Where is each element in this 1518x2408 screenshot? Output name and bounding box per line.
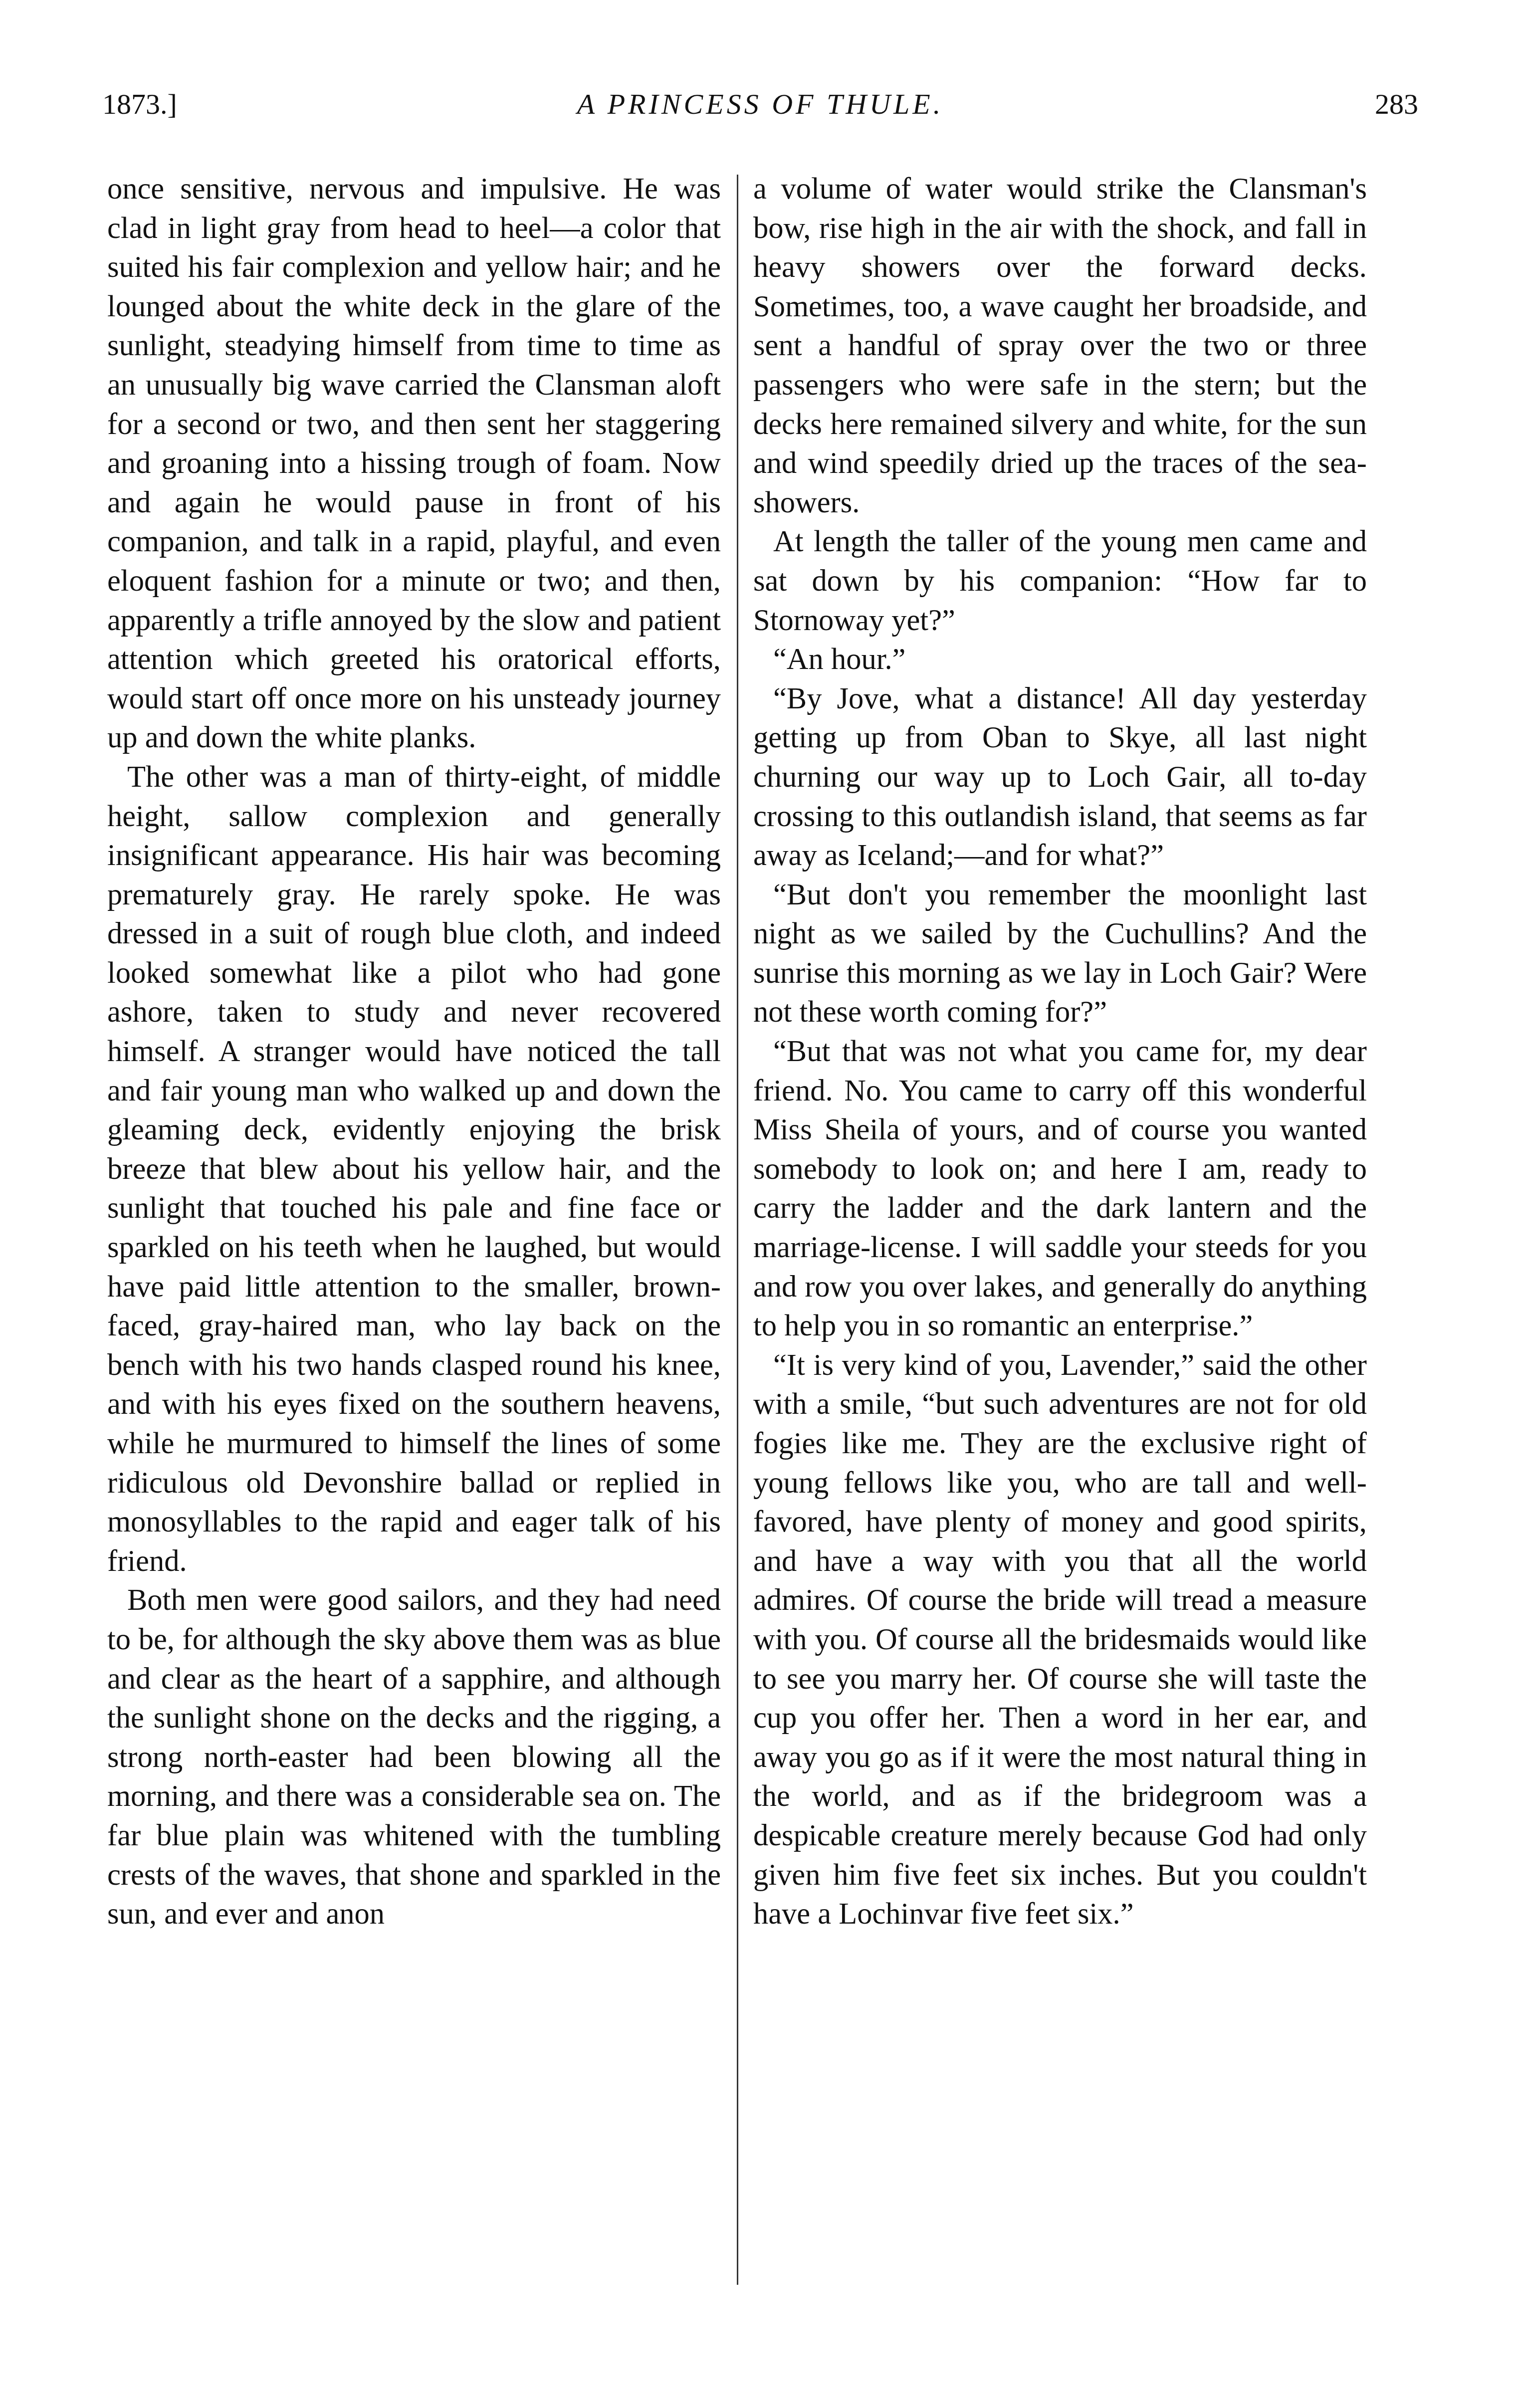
right-column: a volume of water would strike the Clans… (753, 170, 1367, 1934)
running-header: 1873.] A PRINCESS OF THULE. 283 (102, 87, 1418, 127)
paragraph: a volume of water would strike the Clans… (753, 170, 1367, 522)
two-column-body: once sensitive, nervous and impulsive. H… (107, 170, 1404, 2315)
paragraph: “An hour.” (753, 640, 1367, 679)
paragraph: “By Jove, what a distance! All day yeste… (753, 679, 1367, 876)
left-column: once sensitive, nervous and impulsive. H… (107, 170, 721, 1934)
paragraph: once sensitive, nervous and impulsive. H… (107, 170, 721, 758)
paragraph: “It is very kind of you, Lavender,” said… (753, 1346, 1367, 1934)
column-divider (737, 175, 738, 2285)
header-title: A PRINCESS OF THULE. (102, 87, 1418, 121)
paragraph: “But that was not what you came for, my … (753, 1032, 1367, 1346)
page-number: 283 (1375, 87, 1418, 121)
paragraph: Both men were good sailors, and they had… (107, 1581, 721, 1934)
paragraph: The other was a man of thirty-eight, of … (107, 758, 721, 1581)
paragraph: At length the taller of the young men ca… (753, 522, 1367, 640)
paragraph: “But don't you remember the moonlight la… (753, 876, 1367, 1032)
